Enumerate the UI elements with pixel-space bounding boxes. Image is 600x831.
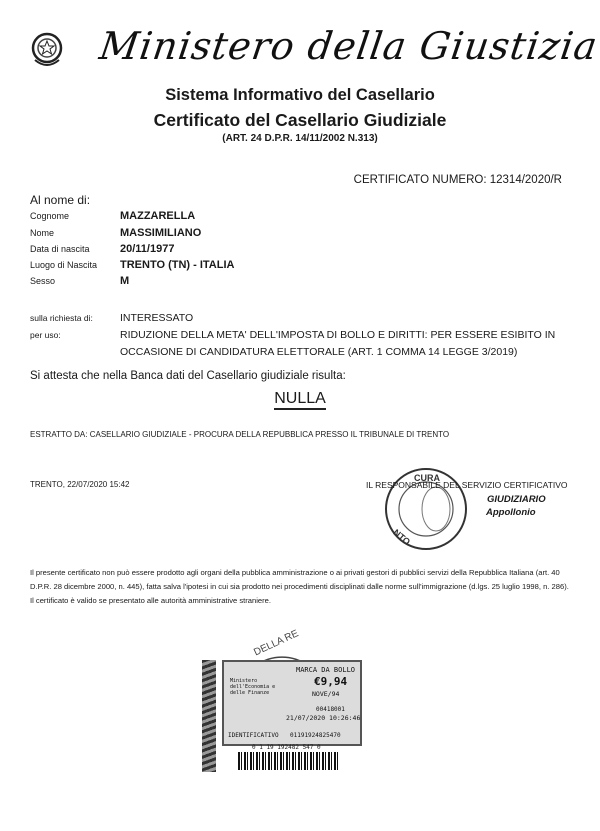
signatory-title: IL RESPONSABILE DEL SERVIZIO CERTIFICATI… — [366, 480, 568, 490]
italian-republic-emblem-icon — [30, 30, 64, 70]
field-label: Nome — [30, 228, 120, 238]
intended-use: per uso: RIDUZIONE DELLA META' DELL'IMPO… — [30, 327, 580, 361]
field-value: 20/11/1977 — [120, 243, 174, 255]
signatory-role: GIUDIZIARIO — [487, 494, 546, 505]
field-surname: Cognome MAZZARELLA — [30, 210, 195, 222]
stamp-id: 01191924825470 — [290, 732, 341, 739]
field-value: M — [120, 275, 129, 287]
field-label: Data di nascita — [30, 244, 120, 254]
stamp-id-label: IDENTIFICATIVO — [228, 732, 279, 739]
field-birth-place: Luogo di Nascita TRENTO (TN) - ITALIA — [30, 259, 234, 271]
result: NULLA — [0, 390, 600, 408]
extract-source: ESTRATTO DA: CASELLARIO GIUDIZIALE - PRO… — [30, 430, 449, 439]
stamp-amount-words: NOVE/94 — [312, 690, 339, 698]
stamp-heading: MARCA DA BOLLO — [296, 666, 355, 674]
law-reference: (ART. 24 D.P.R. 14/11/2002 N.313) — [0, 133, 600, 144]
use-label: per uso: — [30, 330, 120, 340]
stamp-code: 00418001 — [316, 706, 345, 713]
field-name: Nome MASSIMILIANO — [30, 227, 201, 239]
barcode-number: 0 1 19 192482 547 0 — [252, 744, 321, 751]
revenue-stamp: MARCA DA BOLLO €9,94 Ministero dell'Econ… — [202, 660, 372, 772]
requested-by-label: sulla richiesta di: — [30, 313, 120, 323]
signatory-name: Appollonio — [486, 507, 536, 518]
system-name: Sistema Informativo del Casellario — [0, 86, 600, 105]
subject-heading: Al nome di: — [30, 193, 90, 207]
place-date: TRENTO, 22/07/2020 15:42 — [30, 480, 129, 489]
svg-text:DELLA RE: DELLA RE — [252, 628, 300, 658]
field-birth-date: Data di nascita 20/11/1977 — [30, 243, 174, 255]
ministry-title: Ministero della Giustizia — [97, 24, 543, 68]
certificate-number: CERTIFICATO NUMERO: 12314/2020/R — [354, 174, 562, 186]
field-label: Luogo di Nascita — [30, 260, 120, 270]
document-title: Certificato del Casellario Giudiziale — [0, 110, 600, 131]
result-value: NULLA — [274, 390, 326, 410]
requested-by: sulla richiesta di: INTERESSATO — [30, 310, 580, 327]
field-value: MASSIMILIANO — [120, 227, 201, 239]
use-value: RIDUZIONE DELLA META' DELL'IMPOSTA DI BO… — [120, 327, 580, 361]
requested-by-value: INTERESSATO — [120, 310, 580, 327]
field-sex: Sesso M — [30, 275, 129, 287]
field-label: Cognome — [30, 211, 120, 221]
attestation-text: Si attesta che nella Banca dati del Case… — [30, 370, 346, 382]
field-label: Sesso — [30, 276, 120, 286]
field-value: TRENTO (TN) - ITALIA — [120, 259, 234, 271]
stamp-datetime: 21/07/2020 10:26:46 — [286, 714, 360, 722]
field-value: MAZZARELLA — [120, 210, 195, 222]
legal-disclaimer: Il presente certificato non può essere p… — [30, 566, 570, 608]
revenue-stamp-pattern — [202, 660, 216, 772]
stamp-issuer: Ministero dell'Economia e delle Finanze — [230, 678, 290, 696]
revenue-stamp-card: MARCA DA BOLLO €9,94 Ministero dell'Econ… — [222, 660, 362, 746]
stamp-amount: €9,94 — [314, 675, 347, 688]
barcode-icon — [238, 752, 338, 770]
